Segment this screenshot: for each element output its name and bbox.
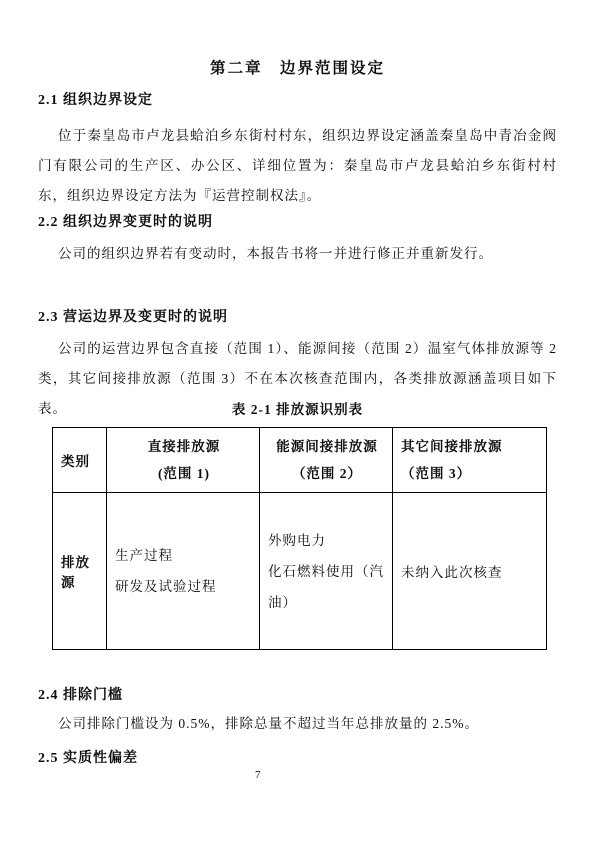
header-direct-line1: 直接排放源 bbox=[115, 433, 253, 460]
table-caption: 表 2-1 排放源识别表 bbox=[38, 401, 557, 419]
page-number: 7 bbox=[255, 768, 261, 782]
header-direct: 直接排放源 (范围 1) bbox=[107, 428, 260, 493]
paragraph-2-1: 位于秦皇岛市卢龙县蛤泊乡东街村村东，组织边界设定涵盖秦皇岛中青冶金阀门有限公司的… bbox=[38, 121, 557, 211]
header-direct-line2: (范围 1) bbox=[115, 460, 253, 487]
chapter-title: 第二章 边界范围设定 bbox=[38, 58, 557, 80]
emission-source-table: 类别 直接排放源 (范围 1) 能源间接排放源 （范围 2） 其它间接排放源 （… bbox=[52, 427, 547, 650]
header-other-line1: 其它间接排放源 bbox=[401, 433, 540, 460]
paragraph-2-2: 公司的组织边界若有变动时，本报告书将一并进行修正并重新发行。 bbox=[38, 239, 557, 269]
direct-source-item: 生产过程 bbox=[115, 540, 253, 571]
direct-source-item: 研发及试验过程 bbox=[115, 571, 253, 602]
table-header-row: 类别 直接排放源 (范围 1) 能源间接排放源 （范围 2） 其它间接排放源 （… bbox=[53, 428, 547, 493]
header-other: 其它间接排放源 （范围 3） bbox=[393, 428, 547, 493]
heading-2-2: 2.2 组织边界变更时的说明 bbox=[38, 214, 557, 232]
cell-other-sources: 未纳入此次核查 bbox=[393, 493, 547, 650]
heading-2-1: 2.1 组织边界设定 bbox=[38, 92, 557, 110]
heading-2-3: 2.3 营运边界及变更时的说明 bbox=[38, 309, 557, 327]
header-energy: 能源间接排放源 （范围 2） bbox=[260, 428, 393, 493]
heading-2-5: 2.5 实质性偏差 bbox=[38, 750, 557, 768]
table-data-row: 排放源 生产过程 研发及试验过程 外购电力 化石燃料使用（汽油） 未纳入此次核查 bbox=[53, 493, 547, 650]
document-page: 第二章 边界范围设定 2.1 组织边界设定 位于秦皇岛市卢龙县蛤泊乡东街村村东，… bbox=[0, 0, 595, 841]
header-energy-line2: （范围 2） bbox=[268, 460, 386, 487]
cell-row-label: 排放源 bbox=[53, 493, 107, 650]
cell-direct-sources: 生产过程 研发及试验过程 bbox=[107, 493, 260, 650]
energy-source-item: 化石燃料使用（汽油） bbox=[268, 556, 386, 618]
header-energy-line1: 能源间接排放源 bbox=[268, 433, 386, 460]
energy-source-item: 外购电力 bbox=[268, 525, 386, 556]
paragraph-2-4: 公司排除门槛设为 0.5%，排除总量不超过当年总排放量的 2.5%。 bbox=[38, 709, 557, 739]
heading-2-4: 2.4 排除门槛 bbox=[38, 687, 557, 705]
header-category: 类别 bbox=[53, 428, 107, 493]
cell-energy-sources: 外购电力 化石燃料使用（汽油） bbox=[260, 493, 393, 650]
header-other-line2: （范围 3） bbox=[401, 460, 540, 487]
